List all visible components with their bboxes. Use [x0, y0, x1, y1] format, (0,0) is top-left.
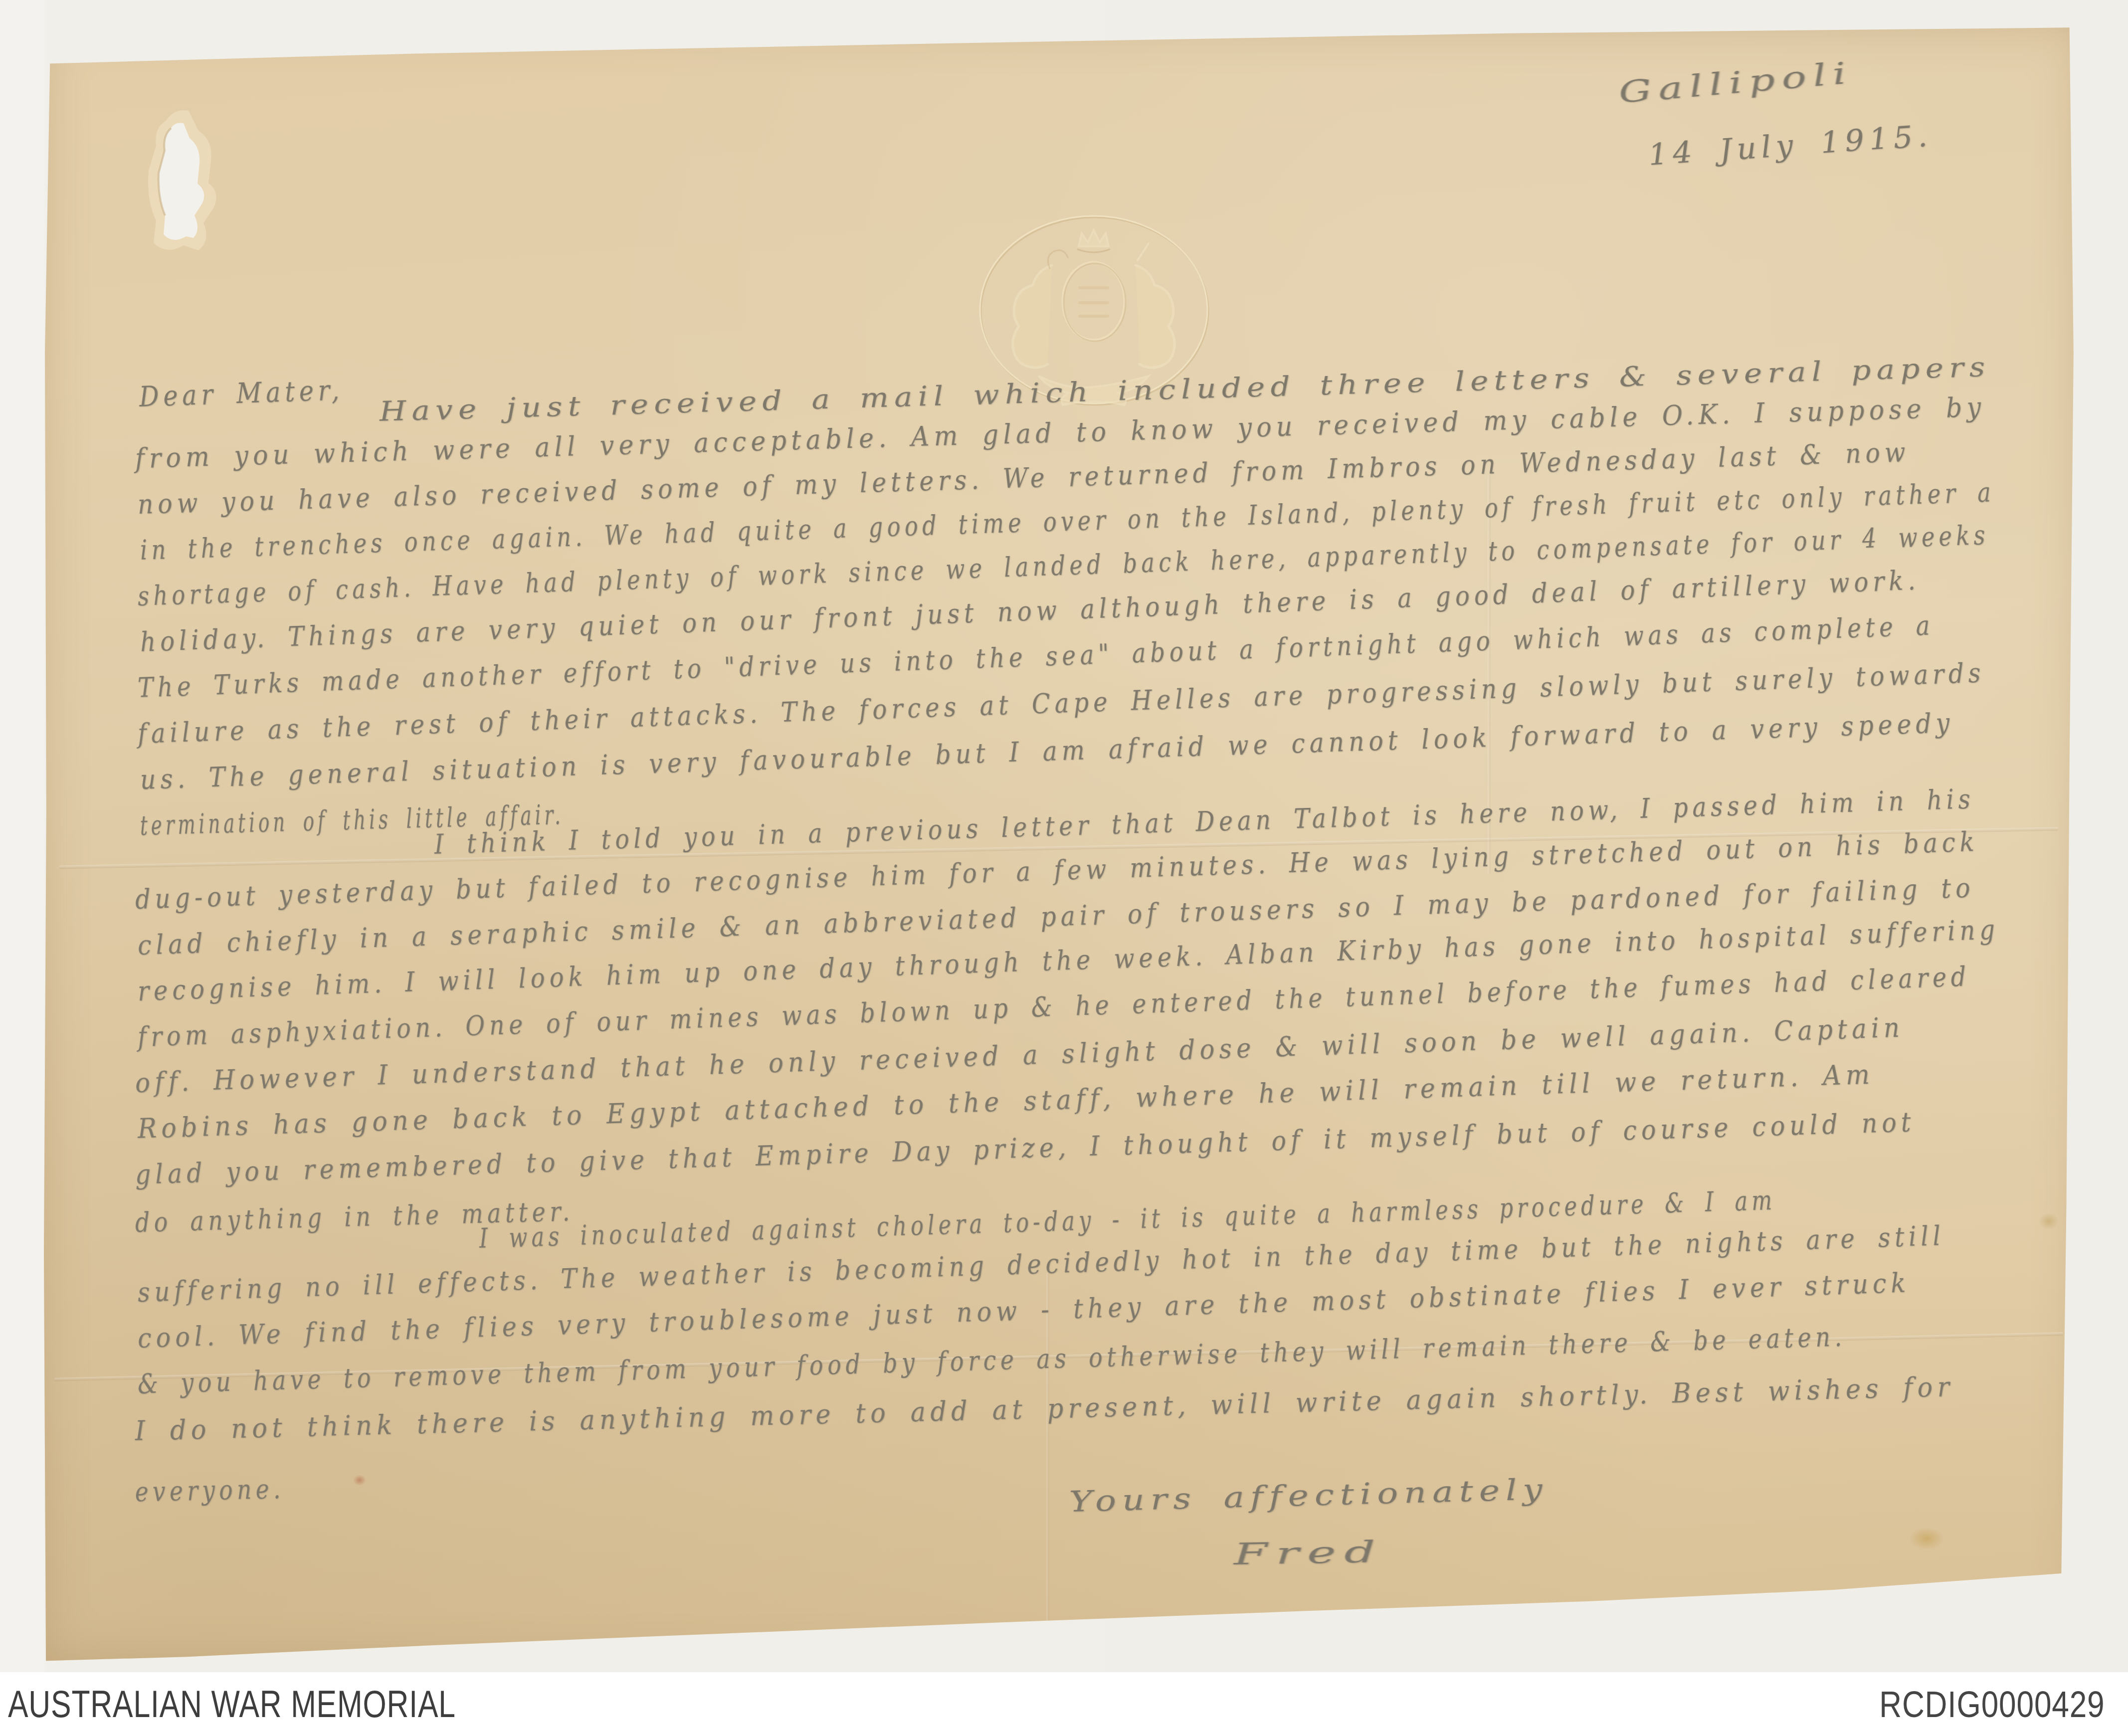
paper-stain	[2039, 1213, 2059, 1230]
signature: Fred	[1233, 1535, 1383, 1572]
letter-line: everyone.	[135, 1473, 285, 1508]
letter-paper-sheet: Gallipoli 14 July 1915. Dear Mater, Have…	[44, 26, 2079, 1662]
paper-stain	[1909, 1527, 1944, 1550]
archive-reference-id: RCDIG0000429	[1880, 1683, 2105, 1726]
vertical-fold-crease	[1046, 1273, 1049, 1662]
dateline-date: 14 July 1915.	[1647, 118, 1934, 173]
archive-name-label: AUSTRALIAN WAR MEMORIAL	[8, 1683, 456, 1726]
valediction: Yours affectionately	[1069, 1472, 1548, 1519]
torn-hole	[119, 101, 278, 265]
archive-footer-bar: AUSTRALIAN WAR MEMORIAL RCDIG0000429	[0, 1672, 2128, 1736]
salutation: Dear Mater,	[139, 374, 344, 413]
scanned-letter-page: { "document": { "kind": "handwritten let…	[0, 0, 2128, 1736]
paper-stain	[353, 1475, 366, 1486]
dateline-place: Gallipoli	[1617, 55, 1854, 111]
